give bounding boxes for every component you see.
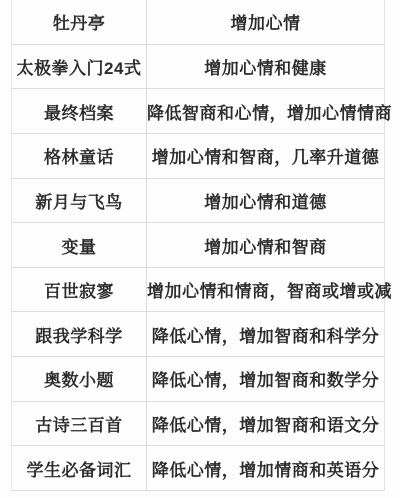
item-effect-cell: 降低心情，增加智商和数学分 [147, 357, 384, 401]
table-row: 变量 增加心情和智商 [12, 223, 384, 268]
item-name-cell: 最终档案 [12, 89, 147, 133]
item-effect-cell: 增加心情和道德 [147, 179, 384, 223]
item-effect-cell: 增加心情和智商，几率升道德 [147, 134, 384, 178]
item-effect-cell: 降低心情，增加智商和语文分 [147, 402, 384, 446]
item-name-cell: 牡丹亭 [12, 0, 147, 44]
table-row: 古诗三百首 降低心情，增加智商和语文分 [12, 402, 384, 447]
items-effects-table: 牡丹亭 增加心情 太极拳入门24式 增加心情和健康 最终档案 降低智商和心情，增… [11, 0, 385, 491]
item-name-cell: 格林童话 [12, 134, 147, 178]
table-row: 格林童话 增加心情和智商，几率升道德 [12, 134, 384, 179]
item-name-cell: 古诗三百首 [12, 402, 147, 446]
table-row: 最终档案 降低智商和心情，增加心情情商 [12, 89, 384, 134]
item-effect-cell: 增加心情和情商，智商或增或减 [147, 268, 392, 312]
table-row: 太极拳入门24式 增加心情和健康 [12, 45, 384, 90]
item-effect-cell: 降低心情，增加智商和科学分 [147, 312, 384, 356]
item-effect-cell: 降低智商和心情，增加心情情商 [147, 89, 392, 133]
item-effect-cell: 增加心情和健康 [147, 45, 384, 89]
item-name-cell: 奥数小题 [12, 357, 147, 401]
item-name-cell: 变量 [12, 223, 147, 267]
item-name-cell: 新月与飞鸟 [12, 179, 147, 223]
item-effect-cell: 增加心情 [147, 0, 384, 44]
item-name-cell: 太极拳入门24式 [12, 45, 147, 89]
item-effect-cell: 增加心情和智商 [147, 223, 384, 267]
table-row: 跟我学科学 降低心情，增加智商和科学分 [12, 312, 384, 357]
table-row: 牡丹亭 增加心情 [12, 0, 384, 45]
table-row: 百世寂寥 增加心情和情商，智商或增或减 [12, 268, 384, 313]
item-name-cell: 百世寂寥 [12, 268, 147, 312]
table-row: 奥数小题 降低心情，增加智商和数学分 [12, 357, 384, 402]
table-row: 新月与飞鸟 增加心情和道德 [12, 179, 384, 224]
item-name-cell: 学生必备词汇 [12, 446, 147, 490]
table-row: 学生必备词汇 降低心情，增加情商和英语分 [12, 446, 384, 491]
item-name-cell: 跟我学科学 [12, 312, 147, 356]
item-effect-cell: 降低心情，增加情商和英语分 [147, 446, 384, 490]
